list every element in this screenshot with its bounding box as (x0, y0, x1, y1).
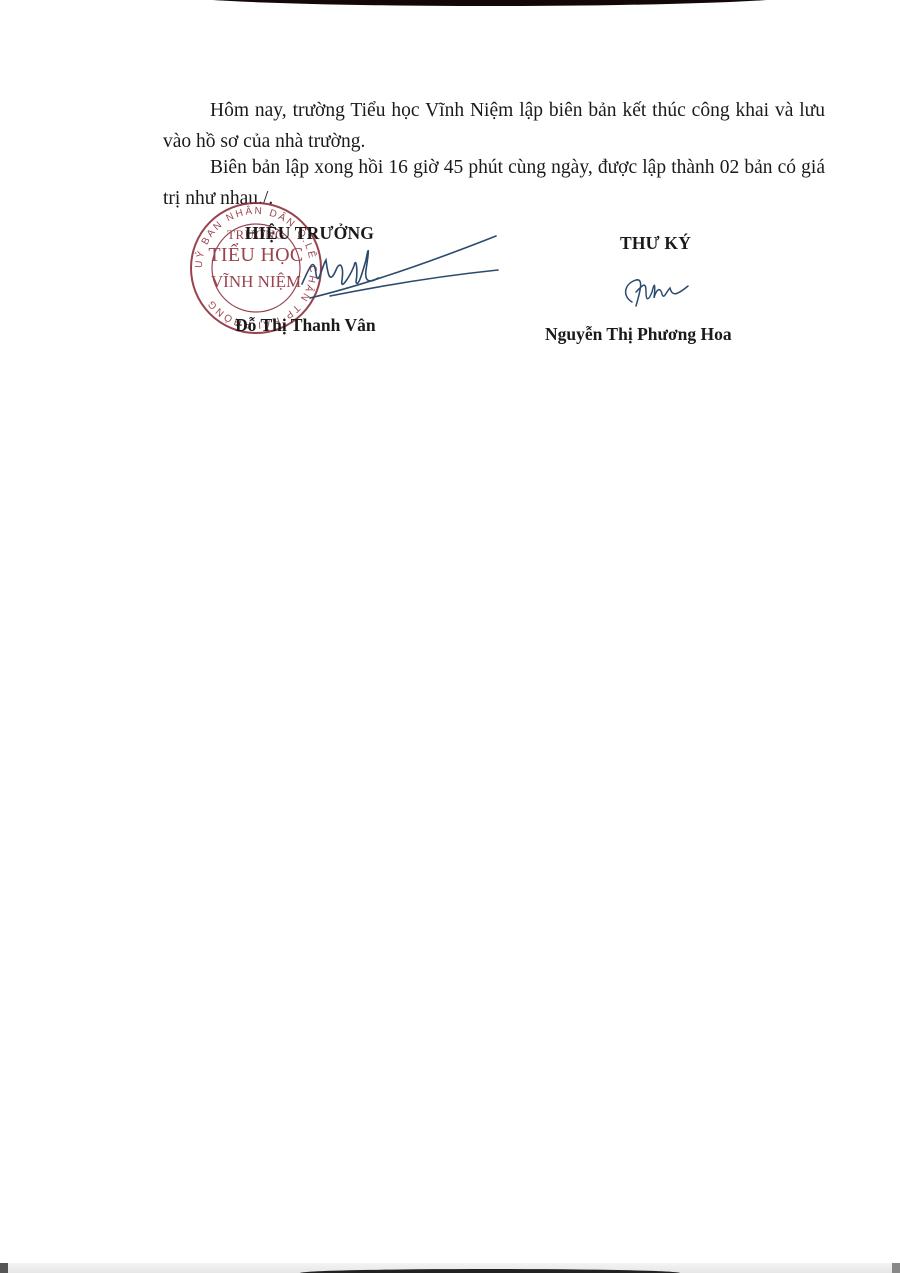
scan-shadow-top (170, 0, 810, 6)
scan-shadow-bottom (300, 1269, 680, 1273)
scan-corner-left (0, 1263, 8, 1273)
secretary-name: Nguyễn Thị Phương Hoa (545, 324, 732, 345)
secretary-title: THƯ KÝ (620, 233, 691, 254)
closing-paragraph: Hôm nay, trường Tiểu học Vĩnh Niệm lập b… (163, 95, 825, 157)
scan-corner-right (892, 1263, 900, 1273)
principal-name: Đỗ Thị Thanh Vân (235, 315, 376, 336)
principal-signature-icon (300, 226, 500, 306)
secretary-signature-icon (618, 272, 708, 312)
